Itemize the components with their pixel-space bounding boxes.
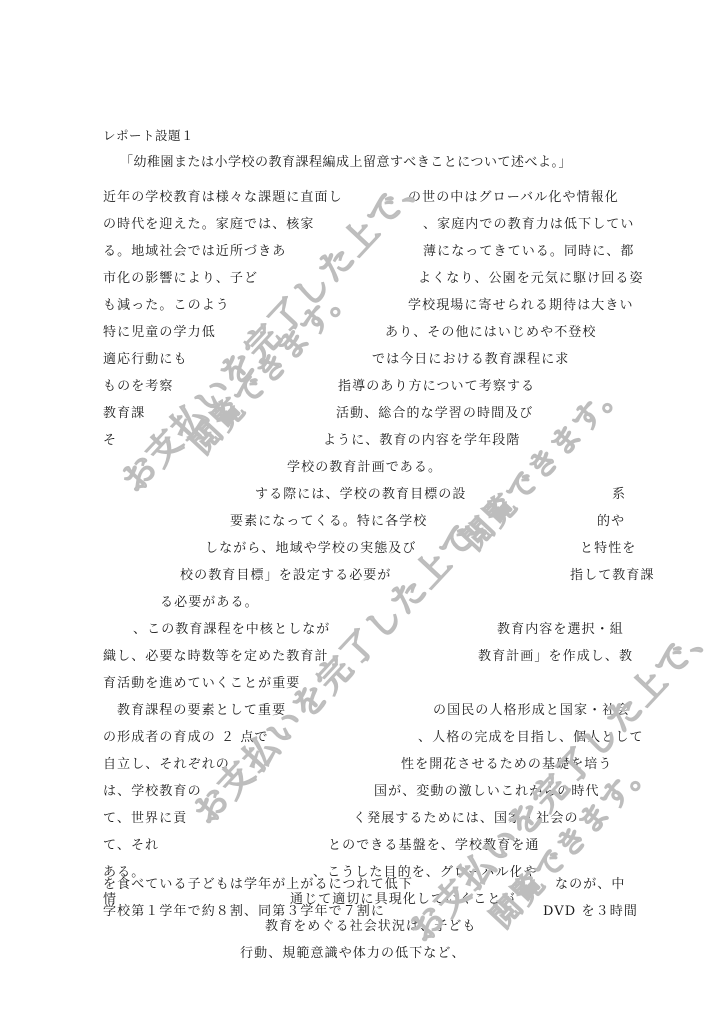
text-fragment: 薄になってきている。同時に、都 [423,240,635,259]
text-fragment: では今日における教育課程に求 [372,348,569,367]
text-fragment: る必要がある。 [160,591,259,610]
text-line: 学校第１学年で約８割、同第３学年で７割にDVD を３時間 [0,900,724,920]
text-line: そように、教育の内容を学年段階 [0,429,724,449]
text-fragment: 、家庭内での教育力は低下してい [423,213,635,232]
text-fragment: 的や [597,510,625,529]
text-fragment: 活動、総合的な学習の時間及び [336,402,533,421]
text-fragment: て、世界に貢 [103,807,187,826]
text-line: する際には、学校の教育目標の設系 [0,483,724,503]
text-fragment: 特に児童の学力低 [103,321,216,340]
text-fragment: 、この教育課程を中核としなが [133,618,330,637]
text-fragment: 育活動を進めていくことが重要 [103,672,300,691]
text-fragment: 学校現場に寄せられる期待は大きい [408,294,634,313]
text-fragment: る。地域社会では近所づきあ [103,240,286,259]
text-fragment: 要素になってくる。特に各学校 [230,510,427,529]
text-fragment: 適応行動にも [103,348,188,367]
text-fragment: ように、教育の内容を学年段階 [323,429,520,448]
text-fragment: 織し、必要な時数等を定めた教育計 [103,645,329,664]
text-fragment: する際には、学校の教育目標の設 [255,483,467,502]
text-fragment: 系 [612,483,626,502]
text-line: て、それとのできる基盤を、学校教育を通 [0,834,724,854]
text-fragment: DVD を３時間 [543,900,638,919]
text-fragment: と特性を [580,537,636,556]
text-fragment: の時代を迎えた。家庭では、核家 [103,213,315,232]
text-fragment: 学校の教育計画である。 [287,456,442,475]
document-page: レポート設題１ 「幼稚園または小学校の教育課程編成上留意すべきことについて述べよ… [0,0,724,1024]
text-line: 行動、規範意識や体力の低下など、 [0,942,724,962]
text-fragment: 市化の影響により、子ど [103,267,258,286]
text-fragment: を食べている子どもは学年が上がるにつれて低下 [103,873,413,892]
text-fragment: 教育計画」を作成し、教 [478,645,633,664]
text-line: 要素になってくる。特に各学校的や [0,510,724,530]
text-fragment: そ [103,429,117,448]
text-fragment: あり、その他にはいじめや不登校 [385,321,597,340]
text-fragment: 教育課 [103,402,145,421]
text-fragment: 指導のあり方について考察する [338,375,535,394]
text-line: も減った。このよう学校現場に寄せられる期待は大きい [0,294,724,314]
text-fragment: よくなり、公園を元気に駆け回る姿 [418,267,644,286]
text-fragment: しながら、地域や学校の実態及び [205,537,417,556]
report-question: 「幼稚園または小学校の教育課程編成上留意すべきことについて述べよ。」 [120,151,572,170]
text-line: しながら、地域や学校の実態及びと特性を [0,537,724,557]
text-line: 市化の影響により、子どよくなり、公園を元気に駆け回る姿 [0,267,724,287]
text-fragment: て、それ [103,834,159,853]
text-line: 適応行動にもでは今日における教育課程に求 [0,348,724,368]
text-fragment: ものを考察 [103,375,174,394]
report-label: レポート設題１ [103,126,194,144]
text-line: 校の教育目標」を設定する必要が指して教育課 [0,564,724,584]
text-fragment: 学校第１学年で約８割、同第３学年で７割に [103,900,385,919]
text-fragment: も減った。このよう [103,294,230,313]
text-fragment: 指して教育課 [570,564,655,583]
text-fragment: 校の教育目標」を設定する必要が [180,564,392,583]
text-line: 特に児童の学力低あり、その他にはいじめや不登校 [0,321,724,341]
text-fragment: 近年の学校教育は様々な課題に直面し [103,186,343,205]
text-fragment: 教育内容を選択・組 [497,618,624,637]
text-line: を食べている子どもは学年が上がるにつれて低下なのが、中 [0,873,724,893]
text-fragment: の世の中はグローバル化や情報化 [408,186,619,205]
